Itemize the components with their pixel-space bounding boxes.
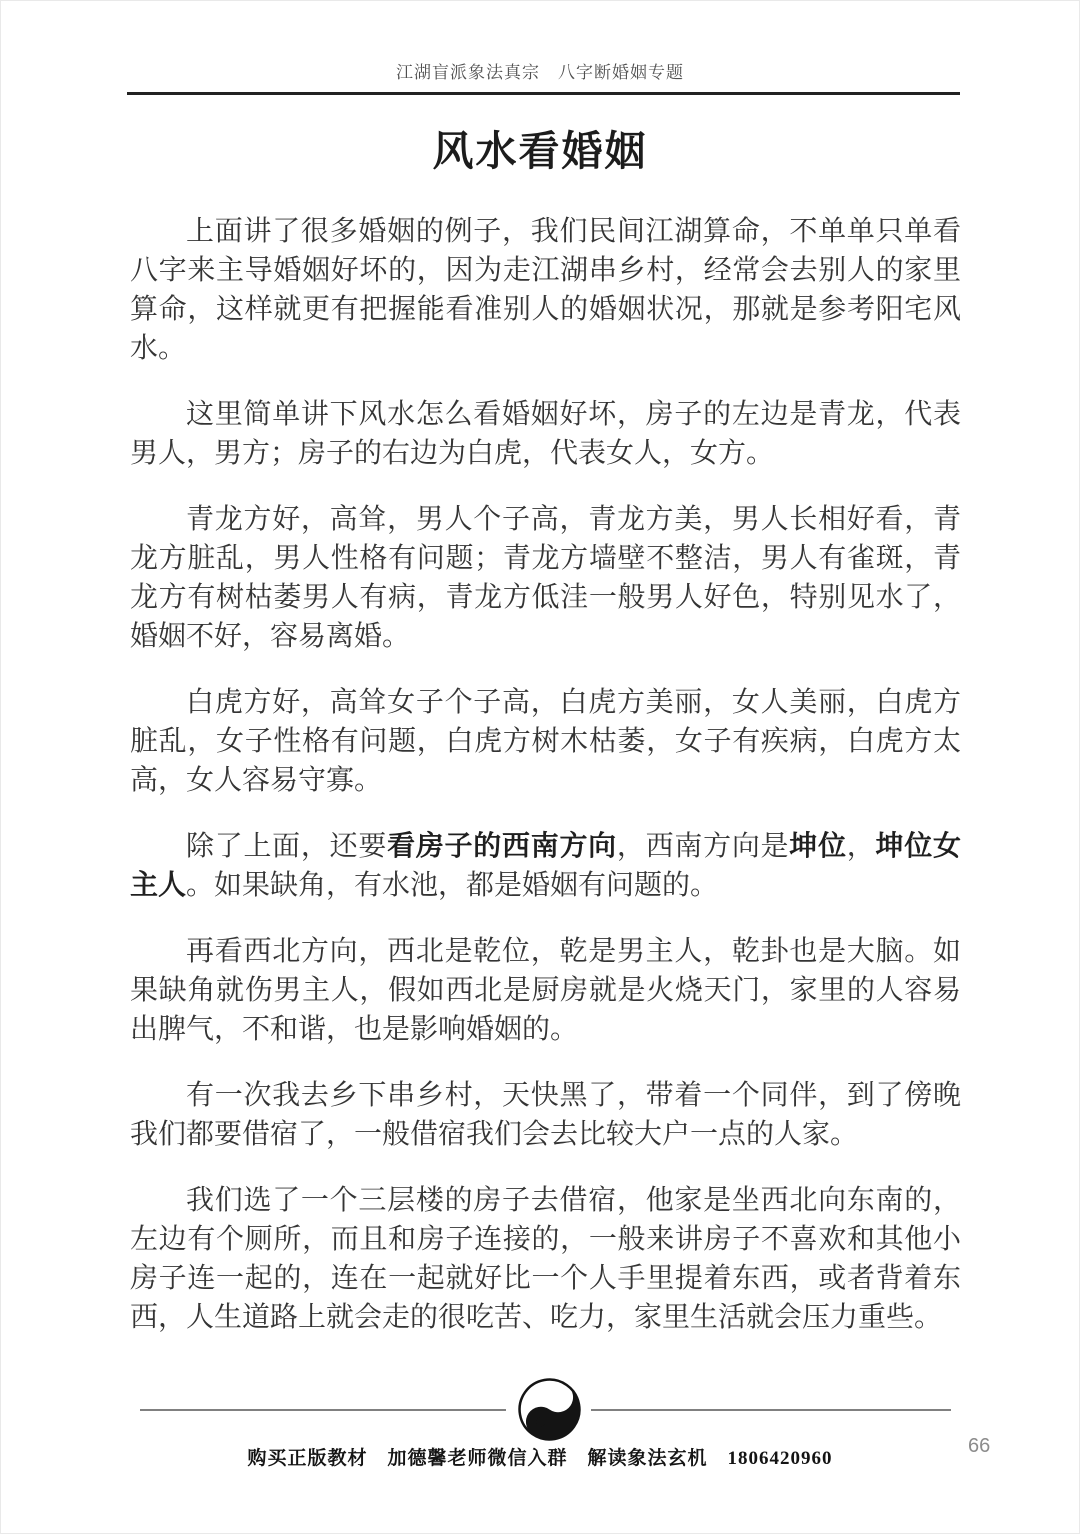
header-divider-rule	[127, 92, 960, 95]
text-run: 再看西北方向，西北是乾位，乾是男主人，乾卦也是大脑。如果缺角就伤男主人，假如西北…	[130, 935, 961, 1044]
body-paragraph: 我们选了一个三层楼的房子去借宿，他家是坐西北向东南的，左边有个厕所，而且和房子连…	[130, 1180, 961, 1336]
emphasis-text: 看房子的西南方向	[387, 830, 617, 861]
text-run: 白虎方好，高耸女子个子高，白虎方美丽，女人美丽，白虎方脏乱，女子性格有问题，白虎…	[130, 686, 961, 795]
document-page: 江湖盲派象法真宗 八字断婚姻专题 风水看婚姻 上面讲了很多婚姻的例子，我们民间江…	[0, 0, 1080, 1534]
body-paragraph: 有一次我去乡下串乡村，天快黑了，带着一个同伴，到了傍晚我们都要借宿了，一般借宿我…	[130, 1075, 961, 1153]
emphasis-text: 坤位	[789, 830, 846, 861]
body-paragraph: 再看西北方向，西北是乾位，乾是男主人，乾卦也是大脑。如果缺角就伤男主人，假如西北…	[130, 931, 961, 1048]
body-text-column: 上面讲了很多婚姻的例子，我们民间江湖算命，不单单只单看八字来主导婚姻好坏的，因为…	[130, 211, 961, 1363]
footer-divider-rule-right	[591, 1409, 951, 1411]
text-run: 青龙方好，高耸，男人个子高，青龙方美，男人长相好看，青龙方脏乱，男人性格有问题；…	[130, 503, 961, 651]
body-paragraph: 青龙方好，高耸，男人个子高，青龙方美，男人长相好看，青龙方脏乱，男人性格有问题；…	[130, 499, 961, 655]
text-run: 这里简单讲下风水怎么看婚姻好坏，房子的左边是青龙，代表男人，男方；房子的右边为白…	[130, 398, 961, 468]
text-run: 有一次我去乡下串乡村，天快黑了，带着一个同伴，到了傍晚我们都要借宿了，一般借宿我…	[130, 1079, 961, 1149]
footer-promo-text: 购买正版教材 加德馨老师微信入群 解读象法玄机 1806420960	[0, 1443, 1080, 1470]
yinyang-taiji-icon	[518, 1378, 581, 1441]
footer-divider-rule-left	[140, 1409, 506, 1411]
text-run: 。如果缺角，有水池，都是婚姻有问题的。	[186, 869, 718, 900]
running-header: 江湖盲派象法真宗 八字断婚姻专题	[0, 58, 1080, 83]
text-run: ，西南方向是	[617, 830, 789, 861]
text-run: ，	[847, 830, 876, 861]
body-paragraph: 这里简单讲下风水怎么看婚姻好坏，房子的左边是青龙，代表男人，男方；房子的右边为白…	[130, 394, 961, 472]
body-paragraph: 除了上面，还要看房子的西南方向，西南方向是坤位，坤位女主人。如果缺角，有水池，都…	[130, 826, 961, 904]
body-paragraph: 上面讲了很多婚姻的例子，我们民间江湖算命，不单单只单看八字来主导婚姻好坏的，因为…	[130, 211, 961, 367]
page-number: 66	[968, 1434, 1008, 1458]
body-paragraph: 白虎方好，高耸女子个子高，白虎方美丽，女人美丽，白虎方脏乱，女子性格有问题，白虎…	[130, 682, 961, 799]
text-run: 除了上面，还要	[186, 830, 387, 861]
text-run: 上面讲了很多婚姻的例子，我们民间江湖算命，不单单只单看八字来主导婚姻好坏的，因为…	[130, 215, 961, 363]
page-title: 风水看婚姻	[0, 127, 1080, 175]
text-run: 我们选了一个三层楼的房子去借宿，他家是坐西北向东南的，左边有个厕所，而且和房子连…	[130, 1184, 961, 1332]
